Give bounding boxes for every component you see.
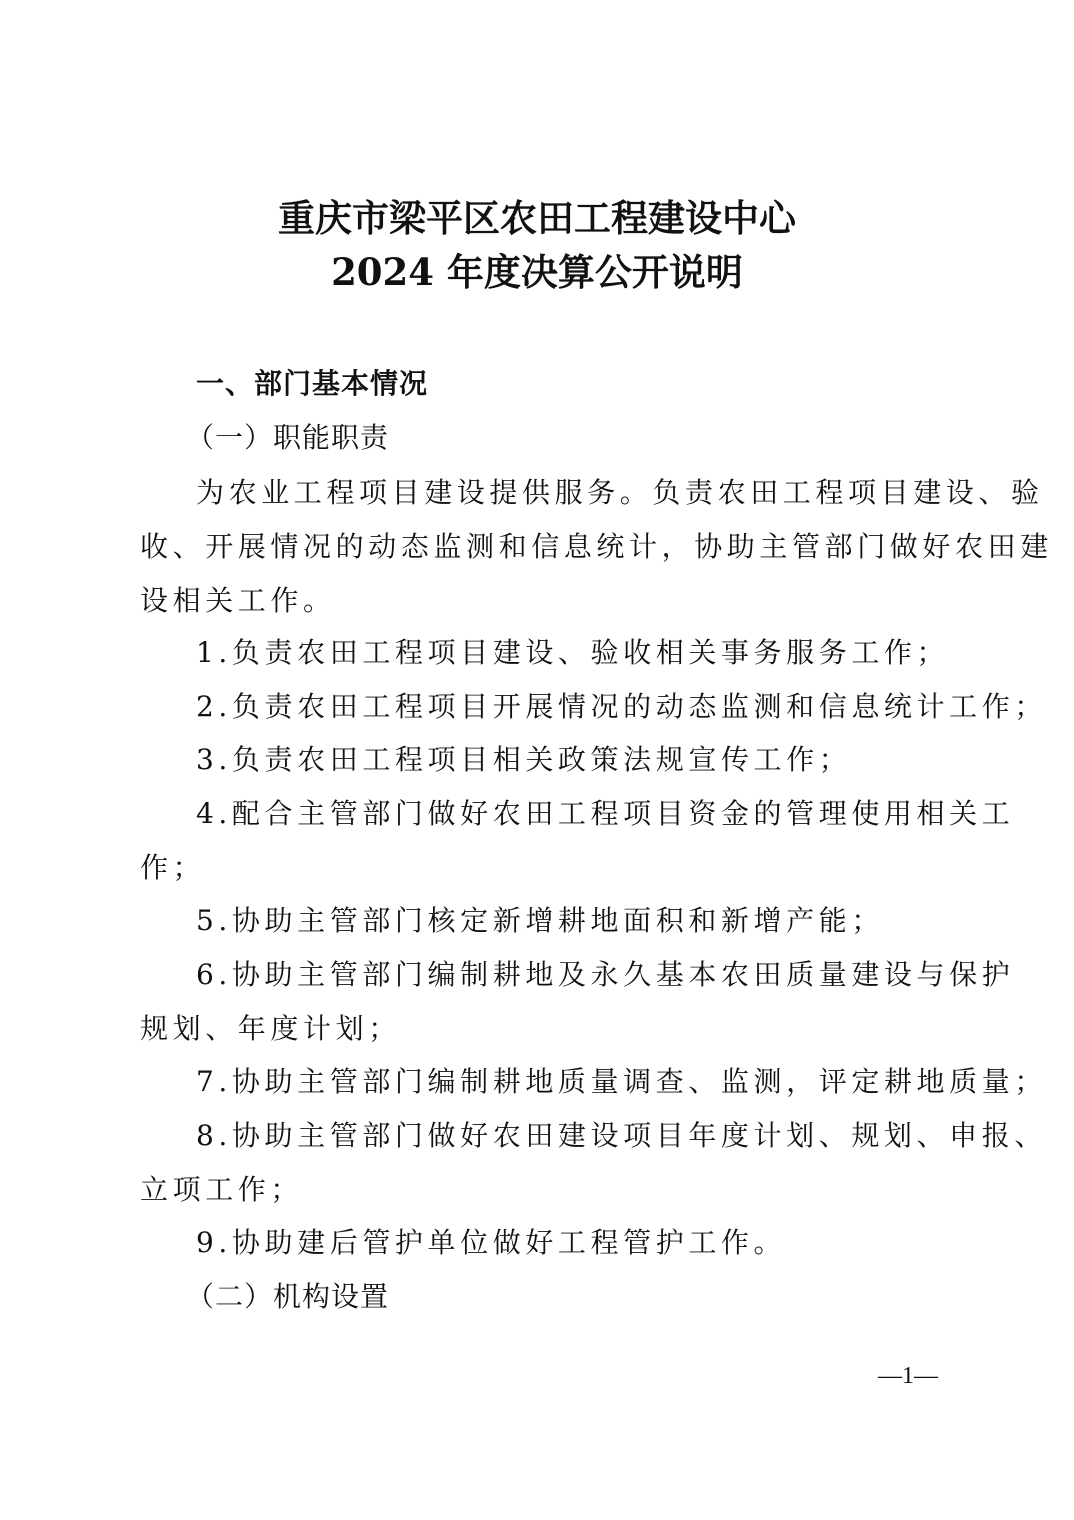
duty-item-8: 8.协助主管部门做好农田建设项目年度计划、规划、申报、 bbox=[196, 1116, 996, 1156]
page-number: —1— bbox=[858, 1356, 938, 1396]
duty-item-4: 4.配合主管部门做好农田工程项目资金的管理使用相关工 bbox=[196, 794, 996, 834]
intro-paragraph-line: 为农业工程项目建设提供服务。负责农田工程项目建设、验 bbox=[196, 473, 996, 513]
document-title-line2: 2024 年度决算公开说明 bbox=[0, 244, 1074, 300]
duty-item-1: 1.负责农田工程项目建设、验收相关事务服务工作； bbox=[196, 633, 996, 673]
duty-item-6: 6.协助主管部门编制耕地及永久基本农田质量建设与保护 bbox=[196, 955, 996, 995]
subsection-heading-organization: （二）机构设置 bbox=[186, 1277, 986, 1317]
duty-item-3: 3.负责农田工程项目相关政策法规宣传工作； bbox=[196, 740, 996, 780]
duty-item-7: 7.协助主管部门编制耕地质量调查、监测，评定耕地质量； bbox=[196, 1062, 996, 1102]
duty-item-4-continued: 作； bbox=[140, 848, 940, 888]
subsection-heading-duties: （一）职能职责 bbox=[186, 418, 986, 458]
duty-item-8-continued: 立项工作； bbox=[140, 1170, 940, 1210]
intro-paragraph-line: 收、开展情况的动态监测和信息统计，协助主管部门做好农田建 bbox=[140, 527, 940, 567]
section-heading-basic-info: 一、部门基本情况 bbox=[196, 364, 996, 404]
duty-item-6-continued: 规划、年度计划； bbox=[140, 1009, 940, 1049]
duty-item-5: 5.协助主管部门核定新增耕地面积和新增产能； bbox=[196, 901, 996, 941]
document-title-line1: 重庆市梁平区农田工程建设中心 bbox=[0, 190, 1074, 246]
intro-paragraph-line: 设相关工作。 bbox=[140, 581, 940, 621]
document-page: 重庆市梁平区农田工程建设中心 2024 年度决算公开说明 一、部门基本情况 （一… bbox=[0, 0, 1074, 1520]
duty-item-9: 9.协助建后管护单位做好工程管护工作。 bbox=[196, 1223, 996, 1263]
duty-item-2: 2.负责农田工程项目开展情况的动态监测和信息统计工作； bbox=[196, 687, 996, 727]
